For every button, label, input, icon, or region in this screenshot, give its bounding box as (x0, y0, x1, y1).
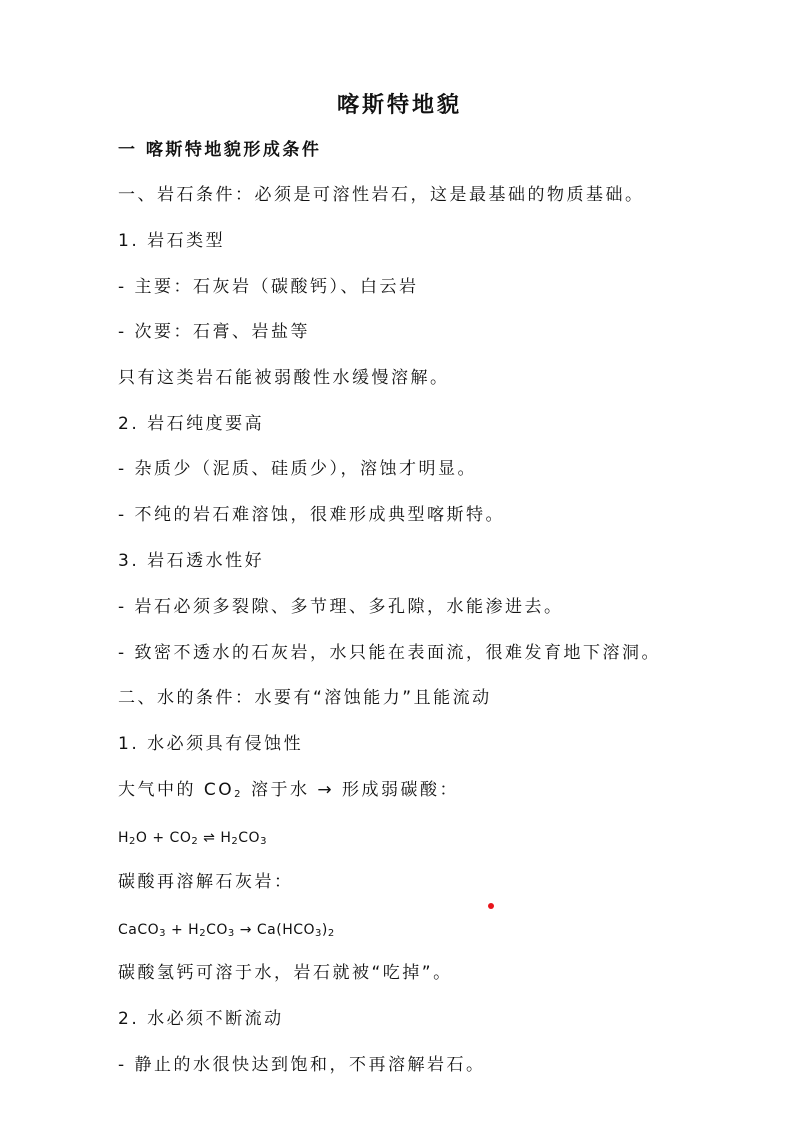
eq1-sub: 2 (129, 836, 136, 847)
rock-purity-heading: 2. 岩石纯度要高 (118, 412, 264, 436)
rock-permeability-heading: 3. 岩石透水性好 (118, 549, 264, 573)
document-page: 喀斯特地貌 一 喀斯特地貌形成条件 一、岩石条件：必须是可溶性岩石，这是最基础的… (0, 0, 799, 1144)
water-condition-heading: 二、水的条件：水要有“溶蚀能力”且能流动 (118, 686, 492, 710)
rock-type-main: - 主要：石灰岩（碳酸钙）、白云岩 (118, 275, 419, 299)
section-heading: 一 喀斯特地貌形成条件 (118, 138, 321, 162)
co2-prefix: 大气中的 (118, 780, 204, 800)
rock-permeability-point-2: - 致密不透水的石灰岩，水只能在表面流，很难发育地下溶洞。 (118, 641, 661, 665)
eq2-sub: 3 (228, 928, 235, 939)
eq1-arrow: ⇌ H (198, 830, 231, 846)
carbonic-dissolve-line: 碳酸再溶解石灰岩： (118, 870, 294, 894)
rock-type-heading: 1. 岩石类型 (118, 229, 225, 253)
eq2-part: + H (166, 922, 199, 938)
rock-purity-point-1: - 杂质少（泥质、硅质少），溶蚀才明显。 (118, 457, 477, 481)
eq2-part: CO (206, 922, 228, 938)
eq2-sub: 2 (328, 928, 335, 939)
eq1-part: CO (238, 830, 260, 846)
eq2-sub: 3 (159, 928, 166, 939)
eq2-part: → Ca(HCO (235, 922, 315, 938)
eq2-sub: 3 (315, 928, 322, 939)
co2-suffix: 溶于水 → 形成弱碳酸： (243, 780, 459, 800)
rock-purity-point-2: - 不纯的岩石难溶蚀，很难形成典型喀斯特。 (118, 503, 505, 527)
red-dot-marker (488, 903, 494, 909)
water-flow-heading: 2. 水必须不断流动 (118, 1007, 284, 1031)
rock-type-secondary: - 次要：石膏、岩盐等 (118, 320, 310, 344)
eq2-part: CaCO (118, 922, 159, 938)
eq1-part: H (118, 830, 129, 846)
water-erosive-heading: 1. 水必须具有侵蚀性 (118, 732, 303, 756)
co2-formula: CO (204, 780, 234, 800)
eq1-part: O + CO (136, 830, 191, 846)
co2-dissolve-line: 大气中的 CO2 溶于水 → 形成弱碳酸： (118, 778, 459, 807)
bicarbonate-line: 碳酸氢钙可溶于水，岩石就被“吃掉”。 (118, 961, 453, 985)
rock-condition-heading: 一、岩石条件：必须是可溶性岩石，这是最基础的物质基础。 (118, 183, 645, 207)
static-water-point: - 静止的水很快达到饱和，不再溶解岩石。 (118, 1053, 486, 1077)
eq1-sub: 3 (260, 836, 267, 847)
document-title: 喀斯特地貌 (0, 88, 799, 119)
rock-type-note: 只有这类岩石能被弱酸性水缓慢溶解。 (118, 366, 450, 390)
co2-subscript: 2 (234, 789, 243, 800)
equation-carbonic-acid: H2O + CO2 ⇌ H2CO3 (118, 826, 267, 854)
rock-permeability-point-1: - 岩石必须多裂隙、多节理、多孔隙，水能渗进去。 (118, 595, 564, 619)
equation-calcium-bicarbonate: CaCO3 + H2CO3 → Ca(HCO3)2 (118, 918, 335, 946)
